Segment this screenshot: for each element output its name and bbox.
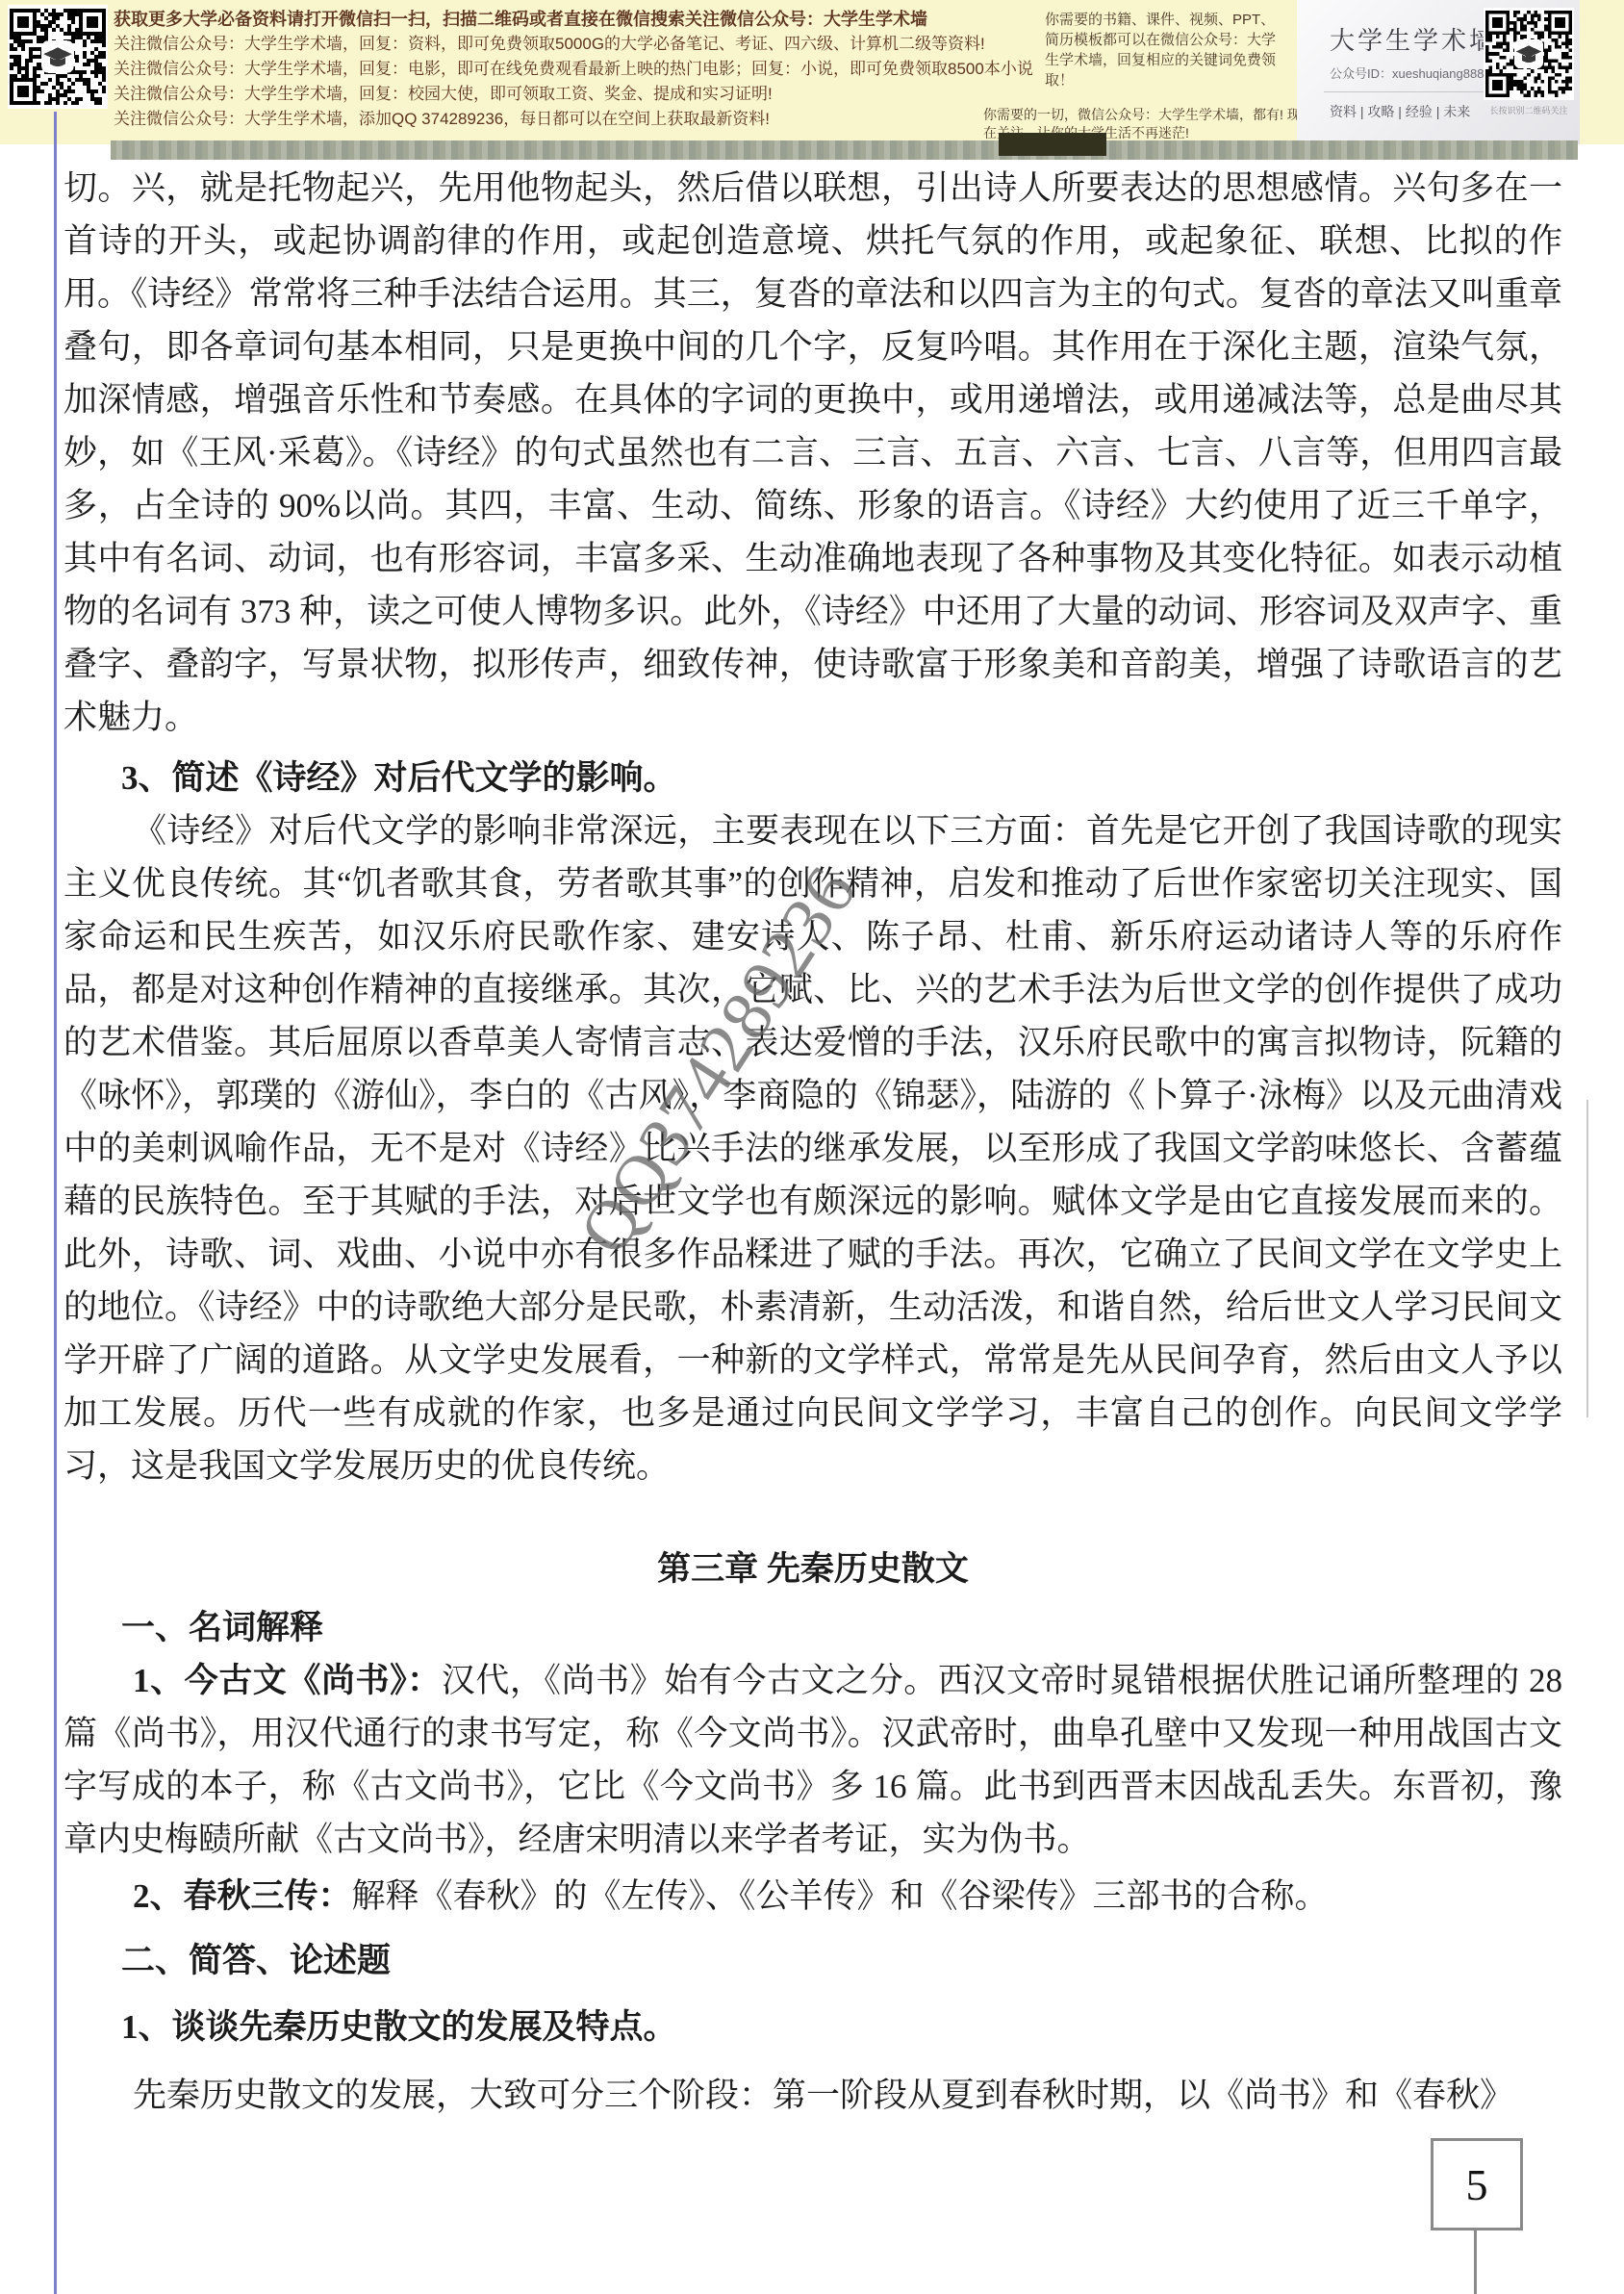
document-body: 切。兴，就是托物起兴，先用他物起头，然后借以联想，引出诗人所要表达的思想感情。兴… xyxy=(63,162,1562,2122)
term-lead: 2、春秋三传： xyxy=(133,1877,352,1915)
promo-line: 获取更多大学必备资料请打开微信扫一扫，扫描二维码或者直接在微信搜索关注微信公众号… xyxy=(114,7,1032,32)
promo-line: 关注微信公众号：大学生学术墙，添加QQ 374289236，每日都可以在空间上获… xyxy=(114,107,1032,132)
term-lead: 1、今古文《尚书》： xyxy=(133,1662,442,1699)
page-number: 5 xyxy=(1466,2159,1488,2210)
promo-line: 关注微信公众号：大学生学术墙，回复：电影，即可在线免费观看最新上映的热门电影；回… xyxy=(114,57,1032,82)
chapter-title: 第三章 先秦历史散文 xyxy=(63,1542,1562,1595)
paragraph: 切。兴，就是托物起兴，先用他物起头，然后借以联想，引出诗人所要表达的思想感情。兴… xyxy=(63,162,1562,744)
paragraph: 《诗经》对后代文学的影响非常深远，主要表现在以下三方面：首先是它开创了我国诗歌的… xyxy=(63,804,1562,1492)
section-heading: 一、名词解释 xyxy=(63,1601,1562,1654)
scan-artifact xyxy=(999,133,1106,156)
promo-line: 关注微信公众号：大学生学术墙，回复：校园大使，即可领取工资、奖金、提成和实习证明… xyxy=(114,82,1032,107)
account-id: 公众号ID：xueshuqiang8888 xyxy=(1330,64,1491,82)
promo-line: 关注微信公众号：大学生学术墙，回复：资料，即可免费领取5000G的大学必备笔记、… xyxy=(114,32,1032,57)
divider xyxy=(1324,91,1499,92)
right-margin-line xyxy=(1586,1100,1588,1417)
promo-text-block: 获取更多大学必备资料请打开微信扫一扫，扫描二维码或者直接在微信搜索关注微信公众号… xyxy=(114,7,1032,132)
heading-influence: 3、简述《诗经》对后代文学的影响。 xyxy=(63,752,1562,804)
paragraph: 1、今古文《尚书》：汉代，《尚书》始有今古文之分。西汉文帝时晁错根据伏胜记诵所整… xyxy=(63,1654,1562,1866)
section-heading: 二、简答、论述题 xyxy=(63,1934,1562,1987)
qr-code-icon xyxy=(8,5,108,109)
left-margin-line xyxy=(54,112,57,2294)
scan-edge-strip xyxy=(111,140,1578,160)
page-number-box: 5 xyxy=(1431,2138,1523,2230)
paragraph: 2、春秋三传：解释《春秋》的《左传》、《公羊传》和《谷梁传》三部书的合称。 xyxy=(63,1870,1562,1923)
page-number-line xyxy=(1474,2230,1477,2294)
paragraph: 先秦历史散文的发展，大致可分三个阶段：第一阶段从夏到春秋时期，以《尚书》和《春秋… xyxy=(63,2069,1562,2122)
wechat-account-card: 大学生学术墙 公众号ID：xueshuqiang8888 资料 | 攻略 | 经… xyxy=(1297,0,1580,144)
account-title: 大学生学术墙 xyxy=(1330,21,1497,57)
question-heading: 1、谈谈先秦历史散文的发展及特点。 xyxy=(63,2001,1562,2053)
qr-caption: 长按识别二维码关注 xyxy=(1476,104,1582,116)
document-page: 获取更多大学必备资料请打开微信扫一扫，扫描二维码或者直接在微信搜索关注微信公众号… xyxy=(0,0,1624,2294)
term-body: 解释《春秋》的《左传》、《公羊传》和《谷梁传》三部书的合称。 xyxy=(352,1877,1329,1915)
promo-notice: 你需要的书籍、课件、视频、PPT、简历模板都可以在微信公众号：大学生学术墙，回复… xyxy=(1045,10,1287,90)
qr-code-icon xyxy=(1484,8,1574,100)
account-tabs: 资料 | 攻略 | 经验 | 未来 xyxy=(1330,102,1470,121)
promo-banner: 获取更多大学必备资料请打开微信扫一扫，扫描二维码或者直接在微信搜索关注微信公众号… xyxy=(0,0,1624,144)
